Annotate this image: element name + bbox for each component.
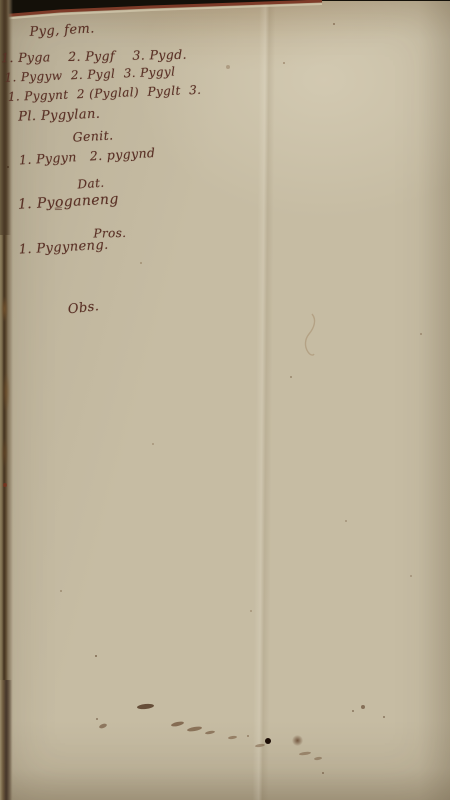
handwritten-line-genitive-heading: Genit.	[72, 127, 114, 144]
stray-hair-mark	[300, 312, 320, 360]
manuscript-photo: Pyg, fem. 1. Pyga 2. Pygf 3. Pygd. 1. Py…	[0, 0, 450, 800]
ink-dot	[265, 738, 271, 744]
binding-stain	[1, 438, 8, 468]
handwritten-line: 1. Pygyn 2. pygynd	[19, 145, 156, 167]
handwritten-line: 1. Pyga 2. Pygf 3. Pygd.	[1, 47, 187, 66]
ink-blot	[292, 735, 303, 746]
handwritten-text-block: Pyg, fem. 1. Pyga 2. Pygf 3. Pygd. 1. Py…	[0, 0, 450, 424]
handwritten-line: 1. Pyo̳ganeng	[17, 191, 119, 212]
handwritten-line: Pl. Pygylan.	[18, 107, 101, 125]
handwritten-line-dative-heading: Dat.	[77, 176, 105, 192]
binding-shadow-bottom	[0, 680, 14, 800]
handwritten-line: 1. Pygynt 2 (Pyglal) Pyglt 3.	[8, 83, 202, 104]
handwritten-line: 1. Pygyw 2. Pygl 3. Pygyl	[4, 64, 175, 84]
paper-specks	[0, 0, 2, 2]
handwritten-line: 1. Pygyneng.	[18, 238, 109, 258]
handwritten-line-title: Pyg, fem.	[29, 21, 95, 40]
handwritten-line-obs-note: Obs.	[67, 299, 100, 317]
